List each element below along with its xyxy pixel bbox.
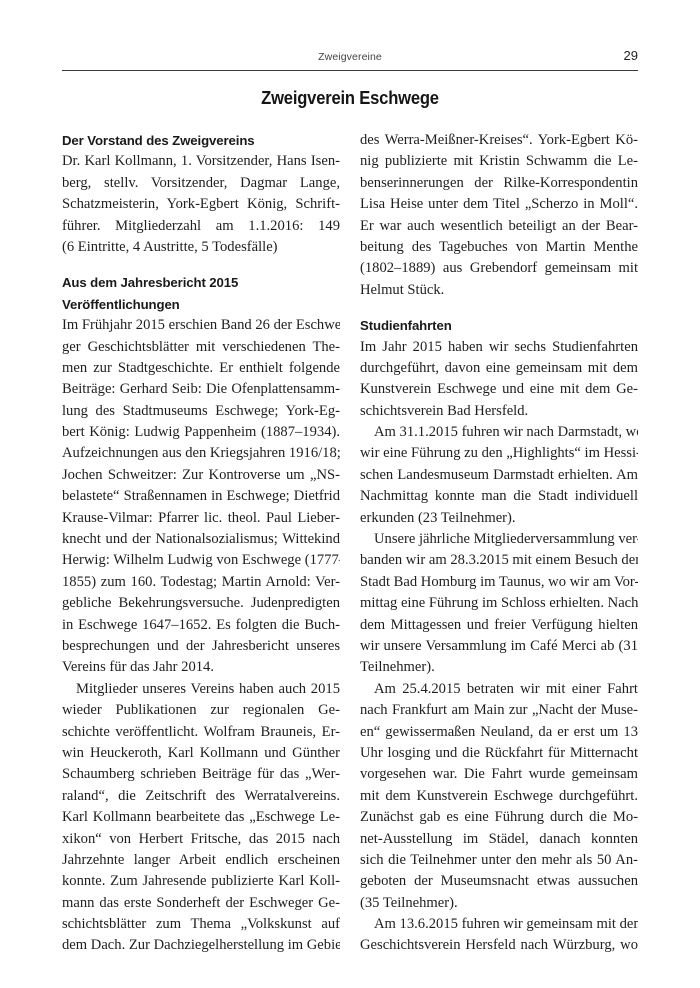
text-line: Am 25.4.2015 betraten wir mit einer Fahr… [360, 679, 638, 700]
section-heading-annual-report: Aus dem Jahresbericht 2015 [62, 272, 340, 293]
section-heading-board: Der Vorstand des Zweigvereins [62, 130, 340, 151]
text-line: beitung des Tagebuches von Martin Menthe [360, 237, 638, 258]
text-line: lung des Stadtmuseums Eschwege; York-Eg- [62, 401, 340, 422]
text-line: durchgeführt, davon eine gemeinsam mit d… [360, 358, 638, 379]
text-line: Schatzmeisterin, York-Egbert König, Schr… [62, 194, 340, 215]
text-line: Uhr losging und die Rückfahrt für Mitter… [360, 743, 638, 764]
right-column: des Werra-Meißner-Kreises“. York-Egbert … [360, 130, 638, 957]
text-line: wieder Publikationen zur regionalen Ge- [62, 700, 340, 721]
text-line: gebliche Bekehrungsversuche. Judenpredig… [62, 593, 340, 614]
text-line: Nachmittag konnte man die Stadt individu… [360, 486, 638, 507]
text-line: Karl Kollmann bearbeitete das „Eschwege … [62, 807, 340, 828]
text-line: des Werra-Meißner-Kreises“. York-Egbert … [360, 130, 638, 151]
text-line: men zur Stadtgeschichte. Er enthielt fol… [62, 358, 340, 379]
study-trips-paragraph-2: Am 31.1.2015 fuhren wir nach Darmstadt, … [360, 422, 638, 529]
study-trips-paragraph-1: Im Jahr 2015 haben wir sechs Studienfahr… [360, 337, 638, 423]
text-line: Lisa Heise unter dem Titel „Scherzo in M… [360, 194, 638, 215]
study-trips-paragraph-3: Unsere jährliche Mitgliederversammlung v… [360, 529, 638, 679]
text-line: nig publizierte mit Kristin Schwamm die … [360, 151, 638, 172]
text-line: Im Frühjahr 2015 erschien Band 26 der Es… [62, 315, 340, 336]
running-title: Zweigvereine [62, 51, 638, 63]
text-line: Teilnehmer). [360, 657, 638, 678]
text-line: in Eschwege 1647–1652. Es folgten die Bu… [62, 615, 340, 636]
text-line: Krause-Vilmar: Pfarrer lic. theol. Paul … [62, 508, 340, 529]
text-line: besprechungen und der Jahresbericht unse… [62, 636, 340, 657]
text-line: (6 Eintritte, 4 Austritte, 5 Todesfälle) [62, 237, 340, 258]
text-line: schichtsblätter zum Thema „Volkskunst au… [62, 914, 340, 935]
publications-paragraph-1: Im Frühjahr 2015 erschien Band 26 der Es… [62, 315, 340, 679]
text-line: Vereins für das Jahr 2014. [62, 657, 340, 678]
text-line: Jochen Schweitzer: Zur Kontroverse um „N… [62, 465, 340, 486]
text-line: geboten der Museumsnacht etwas aussuchen [360, 871, 638, 892]
text-line: Am 13.6.2015 fuhren wir gemeinsam mit de… [360, 914, 638, 935]
text-line: schichte veröffentlicht. Wolfram Braunei… [62, 722, 340, 743]
text-line: wir unsere Versammlung im Café Merci ab … [360, 636, 638, 657]
board-paragraph: Dr. Karl Kollmann, 1. Vorsitzender, Hans… [62, 151, 340, 258]
section-gap [360, 301, 638, 315]
text-line: Herwig: Wilhelm Ludwig von Eschwege (177… [62, 550, 340, 571]
text-line: Aufzeichnungen aus den Kriegsjahren 1916… [62, 443, 340, 464]
text-line: win Heuckeroth, Karl Kollmann und Günthe… [62, 743, 340, 764]
text-line: konnte. Zum Jahresende publizierte Karl … [62, 871, 340, 892]
subheading-publications: Veröffentlichungen [62, 294, 340, 315]
text-line: banden wir am 28.3.2015 mit einem Besuch… [360, 550, 638, 571]
text-line: ger Geschichtsblätter mit verschiedenen … [62, 337, 340, 358]
section-heading-study-trips: Studienfahrten [360, 315, 638, 336]
text-line: Beiträge: Gerhard Seib: Die Ofenplattens… [62, 379, 340, 400]
text-line: raland“, die Zeitschrift des Werratalver… [62, 786, 340, 807]
text-line: Helmut Stück. [360, 280, 638, 301]
text-line: xikon“ von Herbert Fritsche, das 2015 na… [62, 829, 340, 850]
text-line: knecht und der Nationalsozialismus; Witt… [62, 529, 340, 550]
text-line: berg, stellv. Vorsitzender, Dagmar Lange… [62, 173, 340, 194]
text-line: mit dem Kunstverein Eschwege durchgeführ… [360, 786, 638, 807]
publications-paragraph-2: Mitglieder unseres Vereins haben auch 20… [62, 679, 340, 957]
text-line: vorgesehen war. Die Fahrt wurde gemeinsa… [360, 764, 638, 785]
text-line: Er war auch wesentlich beteiligt an der … [360, 216, 638, 237]
text-line: schen Landesmuseum Darmstadt erhielten. … [360, 465, 638, 486]
study-trips-paragraph-5: Am 13.6.2015 fuhren wir gemeinsam mit de… [360, 914, 638, 957]
text-line: net-Ausstellung im Städel, danach konnte… [360, 829, 638, 850]
text-line: nach Frankfurt am Main zur „Nacht der Mu… [360, 700, 638, 721]
text-line: en“ gewissermaßen Neuland, da er erst um… [360, 722, 638, 743]
text-line: Am 31.1.2015 fuhren wir nach Darmstadt, … [360, 422, 638, 443]
text-line: Unsere jährliche Mitgliederversammlung v… [360, 529, 638, 550]
section-gap [62, 258, 340, 272]
study-trips-paragraph-4: Am 25.4.2015 betraten wir mit einer Fahr… [360, 679, 638, 914]
text-line: Geschichtsverein Hersfeld nach Würzburg,… [360, 935, 638, 956]
text-line: Mitglieder unseres Vereins haben auch 20… [62, 679, 340, 700]
text-line: Kunstverein Eschwege und eine mit dem Ge… [360, 379, 638, 400]
text-line: führer. Mitgliederzahl am 1.1.2016: 149 [62, 216, 340, 237]
text-line: mann das erste Sonderheft der Eschweger … [62, 893, 340, 914]
text-line: Zunächst gab es eine Führung durch die M… [360, 807, 638, 828]
text-line: bert König: Ludwig Pappenheim (1887–1934… [62, 422, 340, 443]
publications-paragraph-2-continued: des Werra-Meißner-Kreises“. York-Egbert … [360, 130, 638, 301]
text-line: Jahrzehnte langer Arbeit endlich erschei… [62, 850, 340, 871]
text-line: belastete“ Straßennamen in Eschwege; Die… [62, 486, 340, 507]
page-number: 29 [624, 48, 638, 63]
text-line: Dr. Karl Kollmann, 1. Vorsitzender, Hans… [62, 151, 340, 172]
chapter-title: Zweigverein Eschwege [85, 88, 615, 109]
text-line: benserinnerungen der Rilke-Korrespondent… [360, 173, 638, 194]
text-line: Stadt Bad Homburg im Taunus, wo wir am V… [360, 572, 638, 593]
text-line: Schaumberg schrieben Beiträge für das „W… [62, 764, 340, 785]
text-line: dem Dach. Zur Dachziegelherstellung im G… [62, 935, 340, 956]
text-line: mittag eine Führung im Schloss erhielten… [360, 593, 638, 614]
text-line: (35 Teilnehmer). [360, 893, 638, 914]
running-head: Zweigvereine 29 [62, 46, 638, 71]
text-line: schichtsverein Bad Hersfeld. [360, 401, 638, 422]
text-line: sich die Teilnehmer unter den mehr als 5… [360, 850, 638, 871]
text-line: wir eine Führung zu den „Highlights“ im … [360, 443, 638, 464]
text-line: 1855) zum 160. Todestag; Martin Arnold: … [62, 572, 340, 593]
text-line: Im Jahr 2015 haben wir sechs Studienfahr… [360, 337, 638, 358]
left-column: Der Vorstand des Zweigvereins Dr. Karl K… [62, 130, 340, 957]
text-line: dem Mittagessen und freier Verfügung hie… [360, 615, 638, 636]
text-line: (1802–1889) aus Grebendorf gemeinsam mit [360, 258, 638, 279]
text-line: erkunden (23 Teilnehmer). [360, 508, 638, 529]
